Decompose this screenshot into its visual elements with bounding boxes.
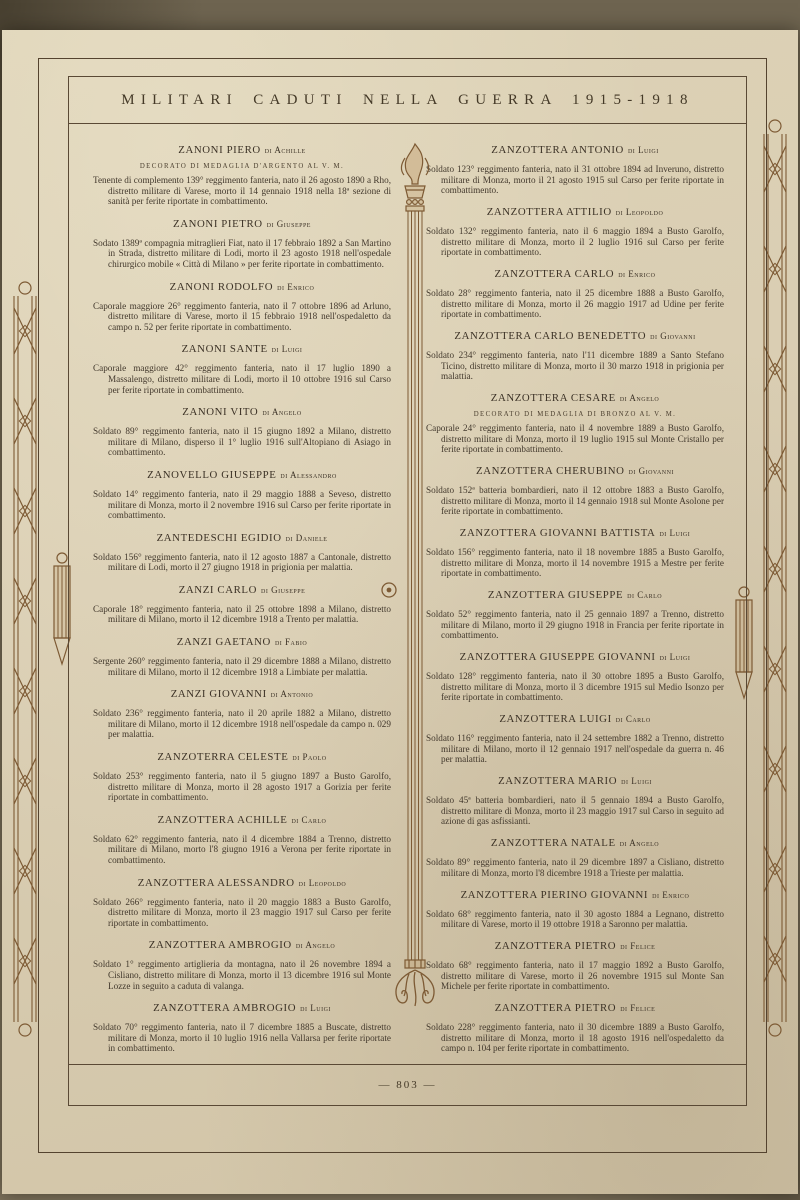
casualty-entry: ZANONI PIETRO di Giuseppe Sodato 1389ª c… [93,214,391,270]
casualty-surname: ZANOVELLO GIUSEPPE [147,469,276,481]
casualty-surname: ZANZI GIOVANNI [171,688,267,700]
casualty-entry: ZANZOTTERA LUIGI di Carlo Soldato 116° r… [426,709,724,765]
casualty-father-name: di Luigi [300,1003,331,1013]
casualty-surname: ZANZI CARLO [179,584,257,596]
casualty-description: Soldato 152ª batteria bombardieri, nato … [426,485,724,517]
casualty-name: ZANONI VITO di Angelo [93,402,391,420]
casualty-entry: ZANZOTTERA CARLO di Enrico Soldato 28° r… [426,264,724,320]
casualty-surname: ZANZOTTERA PIERINO GIOVANNI [461,889,649,901]
casualty-father-name: di Antonio [271,689,313,699]
casualty-father-name: di Paolo [292,752,326,762]
casualty-surname: ZANONI PIETRO [173,218,263,230]
casualty-entry: ZANZOTTERA GIOVANNI BATTISTA di Luigi So… [426,523,724,579]
casualty-surname: ZANZOTTERA LUIGI [499,713,611,725]
casualty-name: ZANONI RODOLFO di Enrico [93,277,391,295]
casualty-entry: ZANZOTTERA CHERUBINO di Giovanni Soldato… [426,461,724,517]
casualty-surname: ZANZOTTERA CHERUBINO [476,465,624,477]
casualty-name: ZANZOTTERA NATALE di Angelo [426,833,724,851]
casualty-father-name: di Enrico [618,269,655,279]
casualty-name: ZANZOTTERA AMBROGIO di Angelo [93,935,391,953]
casualty-name: ZANTEDESCHI EGIDIO di Daniele [93,528,391,546]
casualty-description: Soldato 123° reggimento fanteria, nato i… [426,164,724,196]
casualty-surname: ZANZOTTERA GIUSEPPE GIOVANNI [460,651,656,663]
casualty-name: ZANZOTTERA PIETRO di Felice [426,998,724,1016]
casualty-entry: ZANZOTTERA GIUSEPPE GIOVANNI di Luigi So… [426,647,724,703]
casualty-father-name: di Carlo [616,714,651,724]
casualty-surname: ZANZOTTERA CARLO [495,268,615,280]
page-number: — 803 — [379,1079,437,1091]
casualty-name: ZANONI SANTE di Luigi [93,339,391,357]
casualty-father-name: di Angelo [620,838,659,848]
casualty-description: Caporale 24° reggimento fanteria, nato i… [426,423,724,455]
casualty-name: ZANZOTERRA CELESTE di Paolo [93,747,391,765]
casualty-father-name: di Fabio [275,637,307,647]
casualty-surname: ZANZOTTERA PIETRO [495,940,616,952]
casualty-entry: ZANZI CARLO di Giuseppe Caporale 18° reg… [93,580,391,625]
casualty-entry: ZANZOTTERA ATTILIO di Leopoldo Soldato 1… [426,202,724,258]
casualty-surname: ZANZI GAETANO [177,636,271,648]
casualty-description: Soldato 89° reggimento fanteria, nato il… [93,426,391,458]
casualty-name: ZANZOTTERA PIETRO di Felice [426,936,724,954]
casualty-entry: ZANZOTTERA CARLO BENEDETTO di Giovanni S… [426,326,724,382]
casualty-surname: ZANZOTTERA AMBROGIO [153,1002,296,1014]
casualty-name: ZANZI GAETANO di Fabio [93,632,391,650]
casualty-father-name: di Carlo [627,590,662,600]
casualty-description: Soldato 116° reggimento fanteria, nato i… [426,733,724,765]
casualty-father-name: di Luigi [628,145,659,155]
casualty-name: ZANONI PIETRO di Giuseppe [93,214,391,232]
casualty-father-name: di Enrico [277,282,314,292]
inner-rule-frame: MILITARI CADUTI NELLA GUERRA 1915-1918 Z… [68,76,747,1106]
two-column-content: ZANONI PIERO di Achille DECORATO DI MEDA… [69,124,746,1064]
casualty-entry: ZANZOTTERA GIUSEPPE di Carlo Soldato 52°… [426,585,724,641]
casualty-father-name: di Daniele [286,533,328,543]
casualty-description: Soldato 228° reggimento fanteria, nato i… [426,1022,724,1054]
casualty-name: ZANOVELLO GIUSEPPE di Alessandro [93,465,391,483]
casualty-surname: ZANONI SANTE [182,343,268,355]
casualty-name: ZANZOTTERA GIOVANNI BATTISTA di Luigi [426,523,724,541]
page-footer: — 803 — [69,1064,746,1105]
casualty-description: Soldato 234° reggimento fanteria, nato l… [426,350,724,382]
casualty-name: ZANZOTTERA CHERUBINO di Giovanni [426,461,724,479]
casualty-surname: ZANZOTTERA ATTILIO [487,206,612,218]
casualty-description: Caporale maggiore 42° reggimento fanteri… [93,363,391,395]
casualty-entry: ZANONI VITO di Angelo Soldato 89° reggim… [93,402,391,458]
casualty-name: ZANZOTTERA CARLO BENEDETTO di Giovanni [426,326,724,344]
casualty-entry: ZANZOTTERA ALESSANDRO di Leopoldo Soldat… [93,873,391,929]
casualty-description: Soldato 156° reggimento fanteria, nato i… [93,552,391,573]
casualty-description: Caporale maggiore 26° reggimento fanteri… [93,301,391,333]
casualty-entry: ZANZOTTERA PIETRO di Felice Soldato 228°… [426,998,724,1054]
casualty-surname: ZANZOTTERA ACHILLE [158,814,288,826]
casualty-name: ZANZOTTERA LUIGI di Carlo [426,709,724,727]
casualty-name: ZANZOTTERA ANTONIO di Luigi [426,140,724,158]
casualty-description: Tenente di complemento 139° reggimento f… [93,175,391,207]
casualty-name: ZANZOTTERA ALESSANDRO di Leopoldo [93,873,391,891]
casualty-description: Soldato 132° reggimento fanteria, nato i… [426,226,724,258]
casualty-father-name: di Carlo [291,815,326,825]
left-column: ZANONI PIERO di Achille DECORATO DI MEDA… [93,140,391,1054]
casualty-surname: ZANONI PIERO [178,144,260,156]
casualty-surname: ZANZOTTERA ALESSANDRO [138,877,295,889]
casualty-father-name: di Angelo [620,393,659,403]
casualty-surname: ZANZOTTERA MARIO [498,775,617,787]
page-header: MILITARI CADUTI NELLA GUERRA 1915-1918 [69,77,746,124]
casualty-name: ZANZOTTERA CESARE di Angelo [426,388,724,406]
casualty-name: ZANZOTTERA MARIO di Luigi [426,771,724,789]
page-title: MILITARI CADUTI NELLA GUERRA 1915-1918 [121,92,694,109]
casualty-description: Soldato 253° reggimento fanteria, nato i… [93,771,391,803]
casualty-surname: ZANZOTTERA AMBROGIO [149,939,292,951]
casualty-surname: ZANONI VITO [182,406,258,418]
casualty-surname: ZANZOTTERA GIOVANNI BATTISTA [460,527,656,539]
casualty-name: ZANZOTTERA AMBROGIO di Luigi [93,998,391,1016]
casualty-surname: ZANZOTTERA ANTONIO [491,144,624,156]
casualty-description: Soldato 28° reggimento fanteria, nato il… [426,288,724,320]
casualty-entry: ZANZOTTERA CESARE di Angelo DECORATO DI … [426,388,724,455]
casualty-name: ZANZOTTERA PIERINO GIOVANNI di Enrico [426,885,724,903]
casualty-description: Soldato 128° reggimento fanteria, nato i… [426,671,724,703]
casualty-surname: ZANZOTTERA CESARE [491,392,616,404]
casualty-father-name: di Angelo [262,407,301,417]
casualty-father-name: di Alessandro [280,470,336,480]
casualty-entry: ZANZOTTERA NATALE di Angelo Soldato 89° … [426,833,724,878]
casualty-father-name: di Felice [620,941,655,951]
casualty-father-name: di Achille [265,145,306,155]
casualty-entry: ZANZOTTERA ACHILLE di Carlo Soldato 62° … [93,810,391,866]
casualty-entry: ZANZOTTERA MARIO di Luigi Soldato 45ª ba… [426,771,724,827]
casualty-description: Soldato 68° reggimento fanteria, nato il… [426,960,724,992]
casualty-description: Soldato 266° reggimento fanteria, nato i… [93,897,391,929]
casualty-father-name: di Luigi [272,344,303,354]
torch-column-ornament-icon [381,142,437,1042]
casualty-entry: ZANZOTTERA AMBROGIO di Angelo Soldato 1°… [93,935,391,991]
casualty-entry: ZANZI GIOVANNI di Antonio Soldato 236° r… [93,684,391,740]
casualty-entry: ZANZOTTERA AMBROGIO di Luigi Soldato 70°… [93,998,391,1054]
casualty-description: Caporale 18° reggimento fanteria, nato i… [93,604,391,625]
casualty-father-name: di Luigi [660,652,691,662]
casualty-father-name: di Giovanni [628,466,673,476]
casualty-father-name: di Enrico [652,890,689,900]
casualty-name: ZANZOTTERA ATTILIO di Leopoldo [426,202,724,220]
casualty-father-name: di Felice [620,1003,655,1013]
casualty-entry: ZANZI GAETANO di Fabio Sergente 260° reg… [93,632,391,677]
casualty-surname: ZANZOTTERA CARLO BENEDETTO [454,330,646,342]
casualty-description: Sodato 1389ª compagnia mitraglieri Fiat,… [93,238,391,270]
casualty-description: Soldato 68° reggimento fanteria, nato il… [426,909,724,930]
casualty-entry: ZANZOTTERA PIETRO di Felice Soldato 68° … [426,936,724,992]
casualty-father-name: di Giovanni [650,331,695,341]
casualty-father-name: di Giuseppe [267,219,311,229]
casualty-father-name: di Leopoldo [299,878,347,888]
casualty-surname: ZANZOTTERA NATALE [491,837,616,849]
casualty-description: Soldato 62° reggimento fanteria, nato il… [93,834,391,866]
right-column: ZANZOTTERA ANTONIO di Luigi Soldato 123°… [426,140,724,1054]
casualty-name: ZANZOTTERA CARLO di Enrico [426,264,724,282]
casualty-father-name: di Angelo [296,940,335,950]
casualty-description: Soldato 156° reggimento fanteria, nato i… [426,547,724,579]
casualty-name: ZANZI CARLO di Giuseppe [93,580,391,598]
casualty-entry: ZANZOTTERA PIERINO GIOVANNI di Enrico So… [426,885,724,930]
casualty-name: ZANZOTTERA ACHILLE di Carlo [93,810,391,828]
casualty-description: Soldato 52° reggimento fanteria, nato il… [426,609,724,641]
casualty-description: Soldato 14° reggimento fanteria, nato il… [93,489,391,521]
casualty-entry: ZANONI SANTE di Luigi Caporale maggiore … [93,339,391,395]
decoration-line: DECORATO DI MEDAGLIA DI BRONZO AL V. M. [426,411,724,418]
casualty-father-name: di Luigi [621,776,652,786]
casualty-surname: ZANZOTTERA PIETRO [495,1002,616,1014]
casualty-surname: ZANTEDESCHI EGIDIO [157,532,282,544]
casualty-name: ZANZOTTERA GIUSEPPE di Carlo [426,585,724,603]
casualty-name: ZANONI PIERO di Achille [93,140,391,158]
casualty-entry: ZANTEDESCHI EGIDIO di Daniele Soldato 15… [93,528,391,573]
casualty-description: Soldato 70° reggimento fanteria, nato il… [93,1022,391,1054]
casualty-name: ZANZOTTERA GIUSEPPE GIOVANNI di Luigi [426,647,724,665]
casualty-surname: ZANZOTERRA CELESTE [157,751,288,763]
casualty-entry: ZANZOTERRA CELESTE di Paolo Soldato 253°… [93,747,391,803]
casualty-name: ZANZI GIOVANNI di Antonio [93,684,391,702]
casualty-description: Sergente 260° reggimento fanteria, nato … [93,656,391,677]
casualty-entry: ZANZOTTERA ANTONIO di Luigi Soldato 123°… [426,140,724,196]
casualty-description: Soldato 45ª batteria bombardieri, nato i… [426,795,724,827]
casualty-description: Soldato 236° reggimento fanteria, nato i… [93,708,391,740]
casualty-father-name: di Luigi [659,528,690,538]
casualty-entry: ZANONI PIERO di Achille DECORATO DI MEDA… [93,140,391,207]
casualty-description: Soldato 1° reggimento artiglieria da mon… [93,959,391,991]
decoration-line: DECORATO DI MEDAGLIA D'ARGENTO AL V. M. [93,163,391,170]
casualty-father-name: di Leopoldo [616,207,664,217]
casualty-description: Soldato 89° reggimento fanteria, nato il… [426,857,724,878]
casualty-surname: ZANZOTTERA GIUSEPPE [488,589,623,601]
casualty-surname: ZANONI RODOLFO [170,281,273,293]
casualty-entry: ZANOVELLO GIUSEPPE di Alessandro Soldato… [93,465,391,521]
casualty-father-name: di Giuseppe [261,585,305,595]
column-divider [391,140,426,1054]
casualty-entry: ZANONI RODOLFO di Enrico Caporale maggio… [93,277,391,333]
